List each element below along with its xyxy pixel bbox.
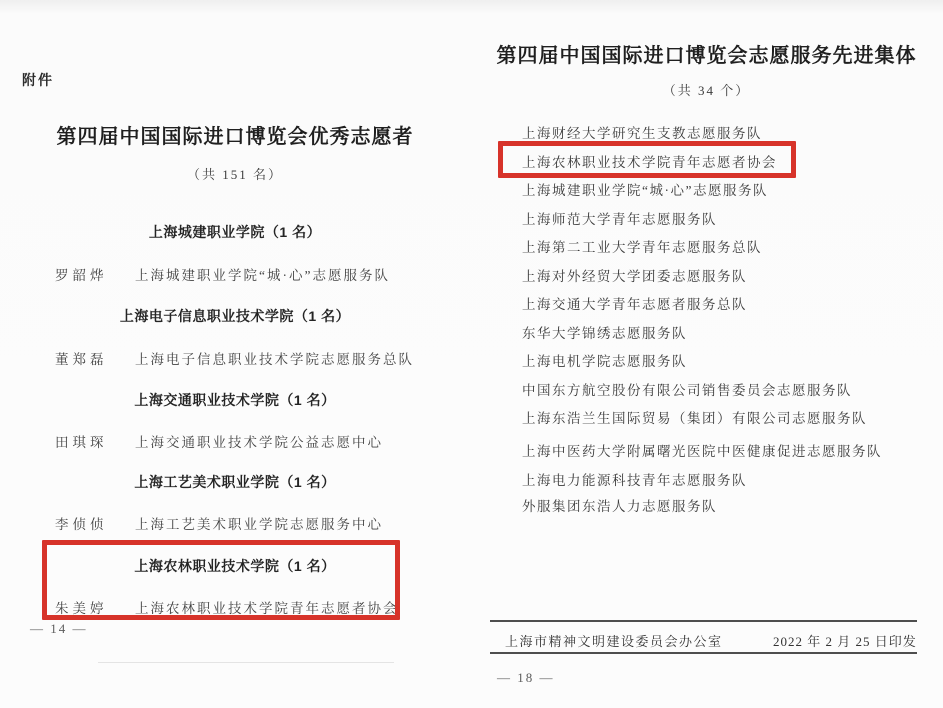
team-list-item: 上海第二工业大学青年志愿服务总队	[522, 236, 762, 256]
footer-rule-bottom	[490, 652, 917, 654]
volunteer-team: 上海工艺美术职业学院志愿服务中心	[135, 513, 383, 533]
volunteer-name: 田琪琛	[55, 431, 108, 451]
left-page-title: 第四届中国国际进口博览会优秀志愿者	[0, 124, 470, 150]
right-page-title: 第四届中国国际进口博览会志愿服务先进集体	[470, 43, 943, 69]
volunteer-name: 罗韶烨	[55, 264, 108, 284]
team-list-item: 上海财经大学研究生支教志愿服务队	[522, 122, 762, 142]
volunteer-team: 上海农林职业技术学院青年志愿者协会	[135, 597, 399, 617]
volunteer-team: 上海城建职业学院“城·心”志愿服务队	[135, 264, 390, 284]
team-list-item: 中国东方航空股份有限公司销售委员会志愿服务队	[522, 379, 852, 399]
volunteer-name: 李侦侦	[55, 513, 108, 533]
footer-print-date: 2022 年 2 月 25 日印发	[773, 631, 917, 650]
section-header-chengjian: 上海城建职业学院（1 名）	[0, 222, 470, 242]
volunteer-name: 朱美婷	[55, 597, 108, 617]
volunteer-name: 董郑磊	[55, 348, 108, 368]
section-header-nonglin: 上海农林职业技术学院（1 名）	[0, 556, 470, 576]
team-list-item: 上海电力能源科技青年志愿服务队	[522, 469, 747, 489]
volunteer-team: 上海交通职业技术学院公益志愿中心	[135, 431, 383, 451]
team-list-item: 上海城建职业学院“城·心”志愿服务队	[522, 179, 768, 199]
page-right: 第四届中国国际进口博览会志愿服务先进集体 （共 34 个） 上海财经大学研究生支…	[470, 0, 943, 708]
left-count-note: （共 151 名）	[0, 164, 470, 183]
team-list-item: 上海交通大学青年志愿者服务总队	[522, 293, 747, 313]
footer-rule-top	[490, 620, 917, 622]
team-list-item-highlighted: 上海农林职业技术学院青年志愿者协会	[522, 151, 777, 171]
team-list-item: 上海中医药大学附属曙光医院中医健康促进志愿服务队	[522, 440, 882, 460]
right-page-number: — 18 —	[497, 670, 555, 686]
team-list-item: 上海东浩兰生国际贸易（集团）有限公司志愿服务队	[522, 407, 867, 427]
team-list-item: 外服集团东浩人力志愿服务队	[522, 495, 717, 515]
team-list-item: 上海对外经贸大学团委志愿服务队	[522, 265, 747, 285]
left-page-number: — 14 —	[30, 621, 88, 637]
section-header-dianzi: 上海电子信息职业技术学院（1 名）	[0, 306, 470, 326]
team-list-item: 东华大学锦绣志愿服务队	[522, 322, 687, 342]
scan-artifact-line	[98, 662, 394, 663]
section-header-gongyi: 上海工艺美术职业学院（1 名）	[0, 472, 470, 492]
right-count-note: （共 34 个）	[470, 80, 943, 99]
team-list-item: 上海电机学院志愿服务队	[522, 350, 687, 370]
page-left: 第四届中国国际进口博览会优秀志愿者 （共 151 名） 上海城建职业学院（1 名…	[0, 0, 470, 708]
volunteer-team: 上海电子信息职业技术学院志愿服务总队	[135, 348, 414, 368]
section-header-jiaotong: 上海交通职业技术学院（1 名）	[0, 390, 470, 410]
footer-issuer: 上海市精神文明建设委员会办公室	[505, 631, 723, 650]
team-list-item: 上海师范大学青年志愿服务队	[522, 208, 717, 228]
